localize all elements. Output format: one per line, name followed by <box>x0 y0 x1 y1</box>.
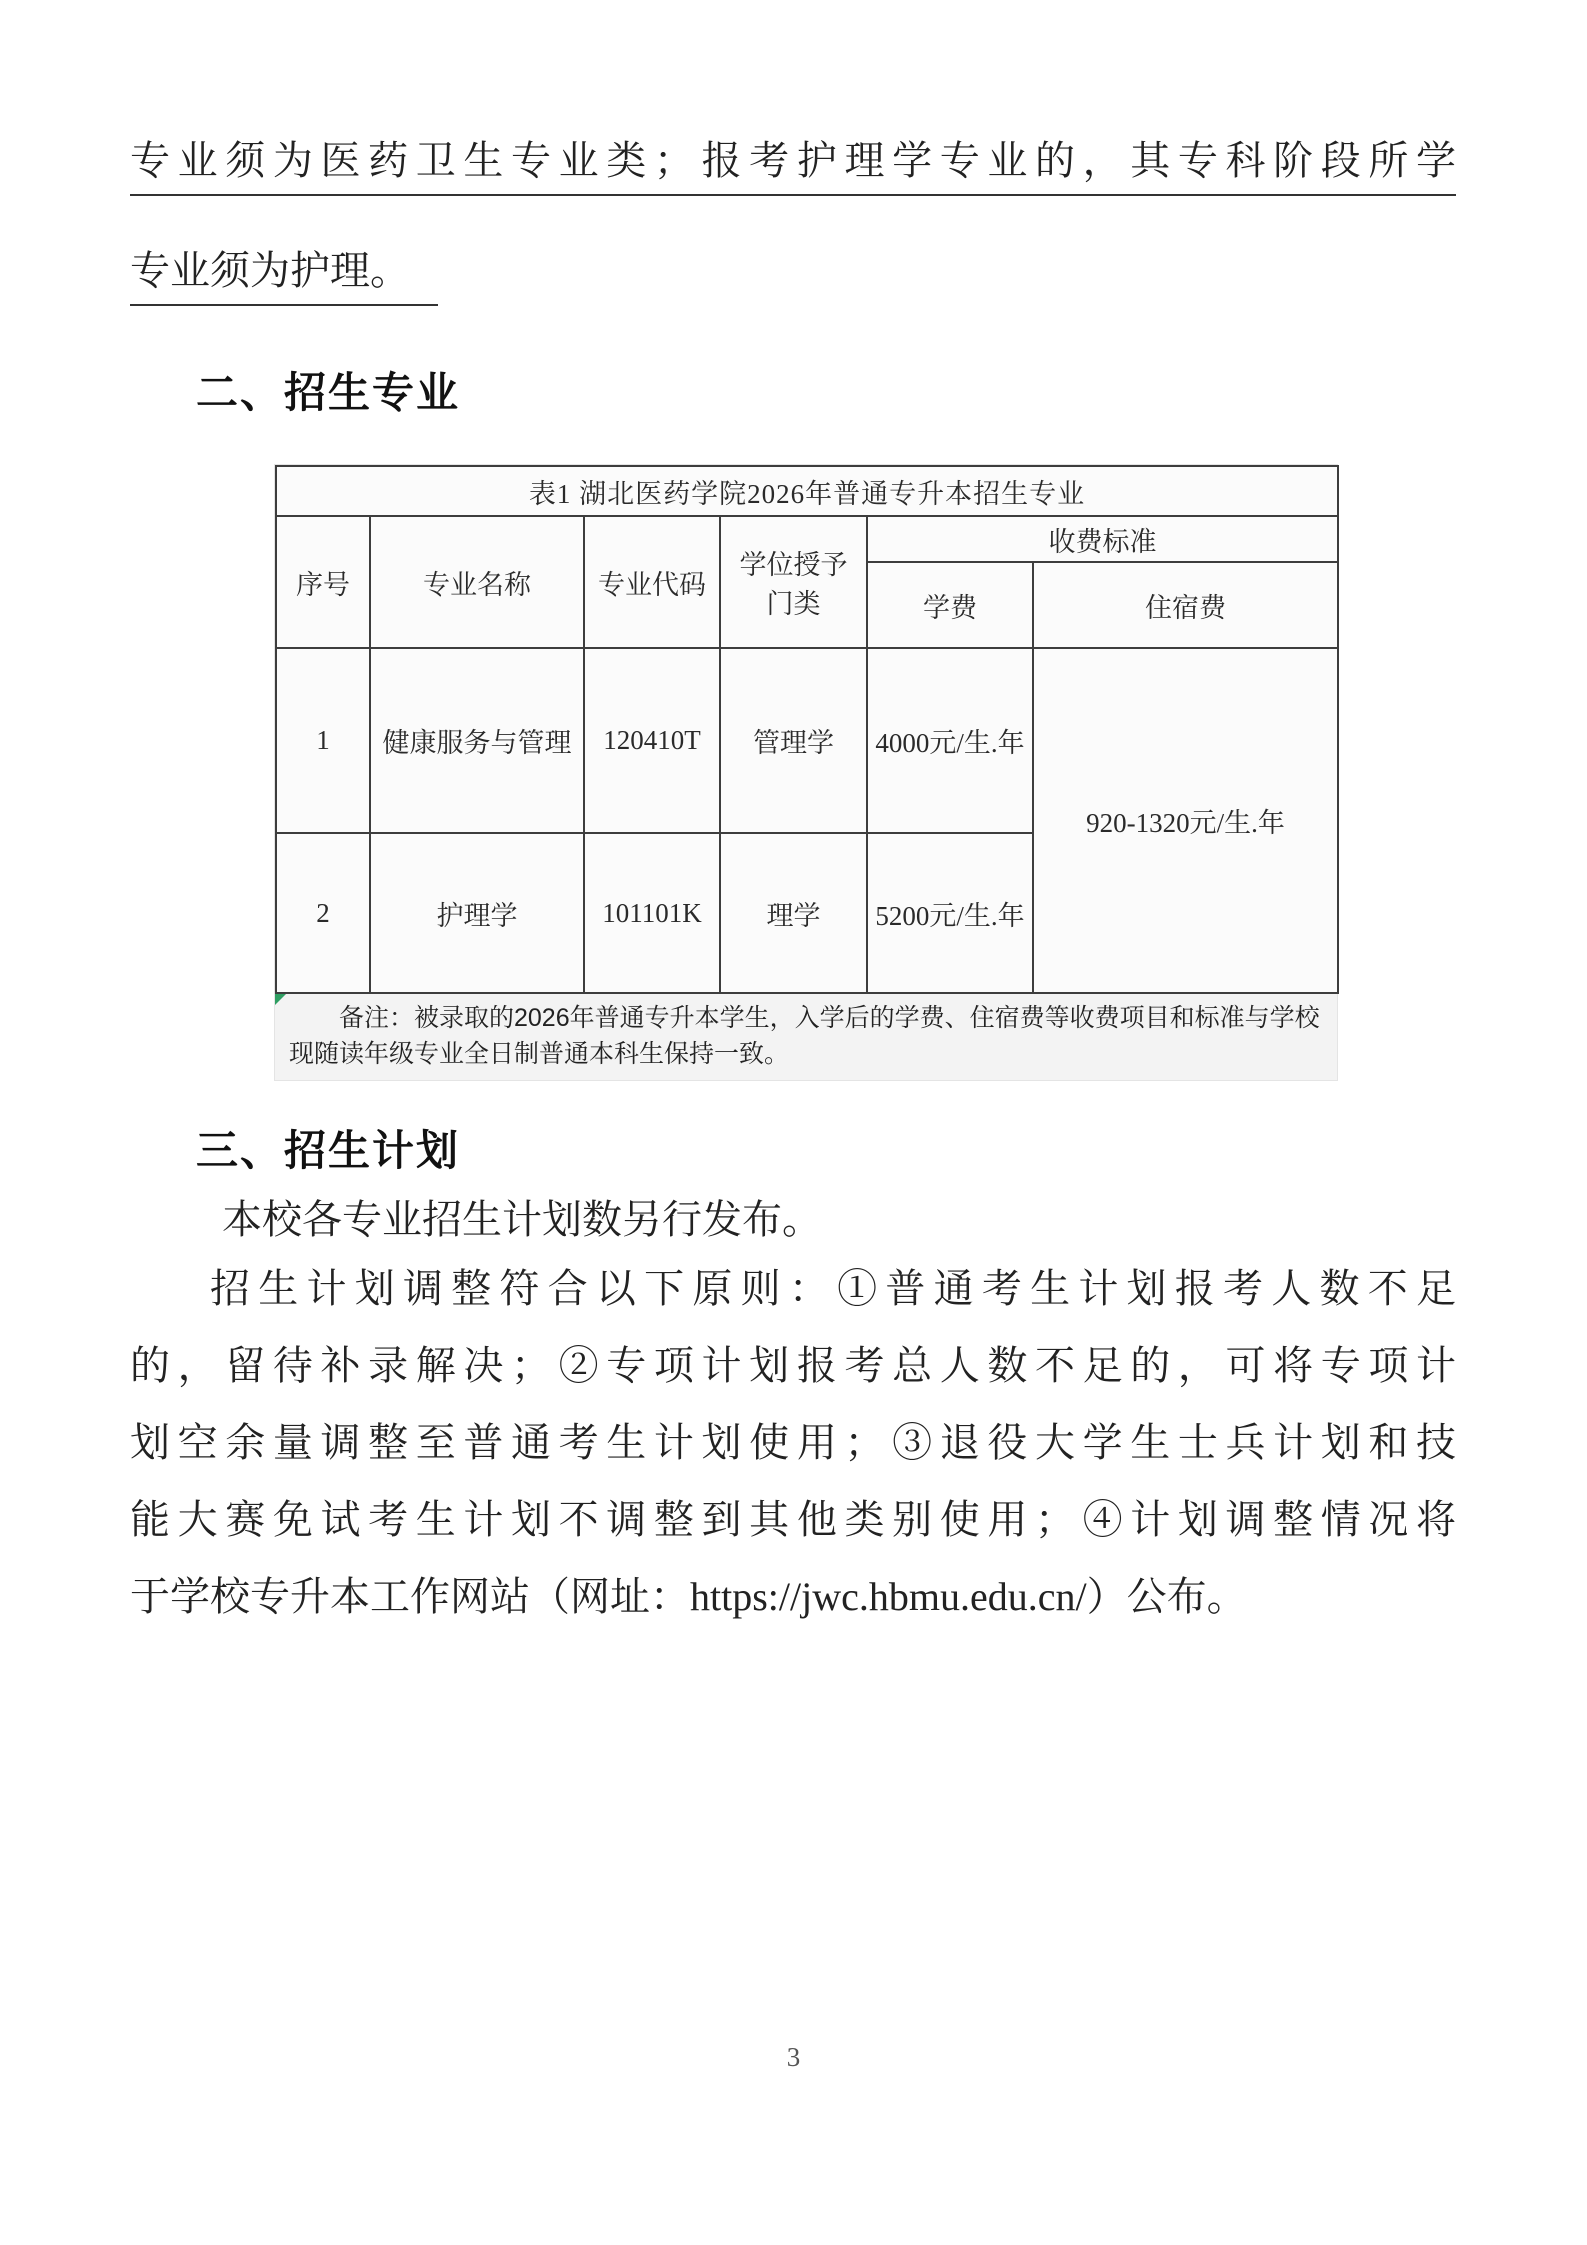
majors-table: 表1 湖北医药学院2026年普通专升本招生专业 序号 专业名称 专业代码 学位授… <box>275 465 1339 994</box>
col-header-accommodation: 住宿费 <box>1033 562 1338 648</box>
cell-degree: 理学 <box>720 833 867 993</box>
cell-index: 1 <box>276 648 370 833</box>
plan-paragraph-1: 本校各专业招生计划数另行发布。 <box>130 1188 1456 1245</box>
plan-line-3: 划空余量调整至普通考生计划使用；③退役大学生士兵计划和技 <box>130 1404 1456 1481</box>
cell-accommodation-merged: 920-1320元/生.年 <box>1033 648 1338 993</box>
section-heading-enrollment-plan: 三、招生计划 <box>196 1118 460 1178</box>
cell-code: 120410T <box>584 648 720 833</box>
cell-major: 健康服务与管理 <box>370 648 584 833</box>
page-number: 3 <box>0 2042 1587 2073</box>
section-heading-enrollment-majors: 二、招生专业 <box>196 360 460 420</box>
col-header-fees: 收费标准 <box>867 516 1338 562</box>
col-header-major: 专业名称 <box>370 516 584 648</box>
cell-tuition: 4000元/生.年 <box>867 648 1033 833</box>
majors-table-container: 表1 湖北医药学院2026年普通专升本招生专业 序号 专业名称 专业代码 学位授… <box>275 465 1337 1080</box>
table-title: 表1 湖北医药学院2026年普通专升本招生专业 <box>276 466 1338 516</box>
col-header-code: 专业代码 <box>584 516 720 648</box>
plan-line-4: 能大赛免试考生计划不调整到其他类别使用；④计划调整情况将 <box>130 1481 1456 1558</box>
cell-index: 2 <box>276 833 370 993</box>
cell-degree: 管理学 <box>720 648 867 833</box>
intro-line-2: 专业须为护理。 <box>130 248 438 306</box>
plan-paragraph-2: 招生计划调整符合以下原则：①普通考生计划报考人数不足 的，留待补录解决；②专项计… <box>130 1250 1456 1635</box>
col-header-tuition: 学费 <box>867 562 1033 648</box>
table-note: 备注：被录取的2026年普通专升本学生，入学后的学费、住宿费等收费项目和标准与学… <box>275 994 1337 1080</box>
cell-tuition: 5200元/生.年 <box>867 833 1033 993</box>
intro-line-1: 专业须为医药卫生专业类；报考护理学专业的，其专科阶段所学 <box>130 138 1456 196</box>
col-header-index: 序号 <box>276 516 370 648</box>
table-note-text: 备注：被录取的2026年普通专升本学生，入学后的学费、住宿费等收费项目和标准与学… <box>289 1004 1320 1068</box>
intro-paragraph: 专业须为医药卫生专业类；报考护理学专业的，其专科阶段所学 专业须为护理。 <box>130 138 1456 306</box>
plan-line-2: 的，留待补录解决；②专项计划报考总人数不足的，可将专项计 <box>130 1327 1456 1404</box>
cell-major: 护理学 <box>370 833 584 993</box>
table-row: 1 健康服务与管理 120410T 管理学 4000元/生.年 920-1320… <box>276 648 1338 833</box>
corner-marker-icon <box>275 994 286 1005</box>
cell-code: 101101K <box>584 833 720 993</box>
plan-line-5: 于学校专升本工作网站（网址：https://jwc.hbmu.edu.cn/）公… <box>130 1558 1456 1635</box>
plan-line-1: 招生计划调整符合以下原则：①普通考生计划报考人数不足 <box>130 1250 1456 1327</box>
col-header-degree: 学位授予门类 <box>720 516 867 648</box>
document-page: 专业须为医药卫生专业类；报考护理学专业的，其专科阶段所学 专业须为护理。 二、招… <box>0 0 1587 2245</box>
